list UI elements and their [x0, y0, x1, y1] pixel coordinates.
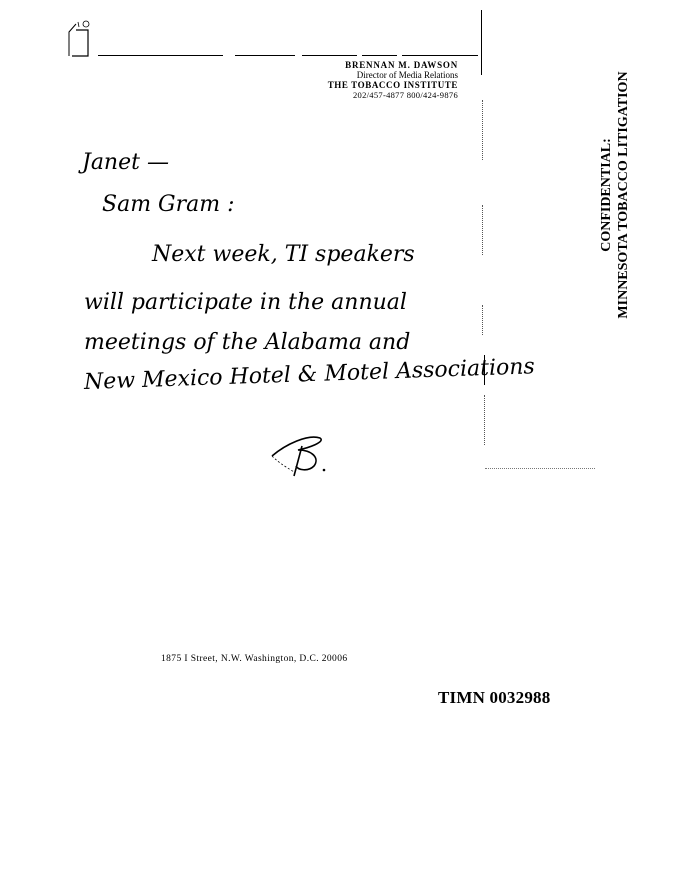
confidential-stamp: CONFIDENTIAL: MINNESOTA TOBACCO LITIGATI…	[595, 60, 635, 330]
note-line: will participate in the annual	[84, 290, 407, 315]
card-edge-dots	[482, 205, 483, 255]
phone-numbers: 202/457-4877 800/424-9876	[300, 90, 458, 100]
bates-number: TIMN 0032988	[438, 688, 550, 708]
stamp-line-2: MINNESOTA TOBACCO LITIGATION	[615, 71, 632, 318]
letterhead: BRENNAN M. DAWSON Director of Media Rela…	[300, 60, 458, 100]
letterhead-rule	[98, 55, 223, 56]
address: 1875 I Street, N.W. Washington, D.C. 200…	[161, 654, 348, 664]
card-edge-dots	[482, 100, 483, 160]
organization-name: THE TOBACCO INSTITUTE	[300, 80, 458, 90]
sender-title: Director of Media Relations	[300, 70, 458, 80]
letterhead-rule	[402, 55, 478, 56]
stamp-line-1: CONFIDENTIAL:	[598, 71, 615, 318]
note-line: Next week, TI speakers	[152, 242, 415, 267]
letterhead-rule	[302, 55, 357, 56]
card-edge-dots	[485, 468, 595, 473]
letterhead-rule	[235, 55, 295, 56]
tobacco-institute-logo-icon	[66, 18, 96, 58]
sender-name: BRENNAN M. DAWSON	[300, 60, 458, 70]
letterhead-rule	[362, 55, 397, 56]
note-line: New Mexico Hotel & Motel Associations	[84, 354, 536, 395]
card-edge-dots	[482, 305, 483, 335]
note-salutation: Janet —	[82, 150, 169, 175]
card-edge-dots	[484, 395, 485, 445]
card-edge-line	[481, 10, 482, 75]
note-greeting: Sam Gram :	[102, 192, 235, 217]
note-line: meetings of the Alabama and	[84, 330, 410, 355]
signature	[268, 432, 338, 482]
